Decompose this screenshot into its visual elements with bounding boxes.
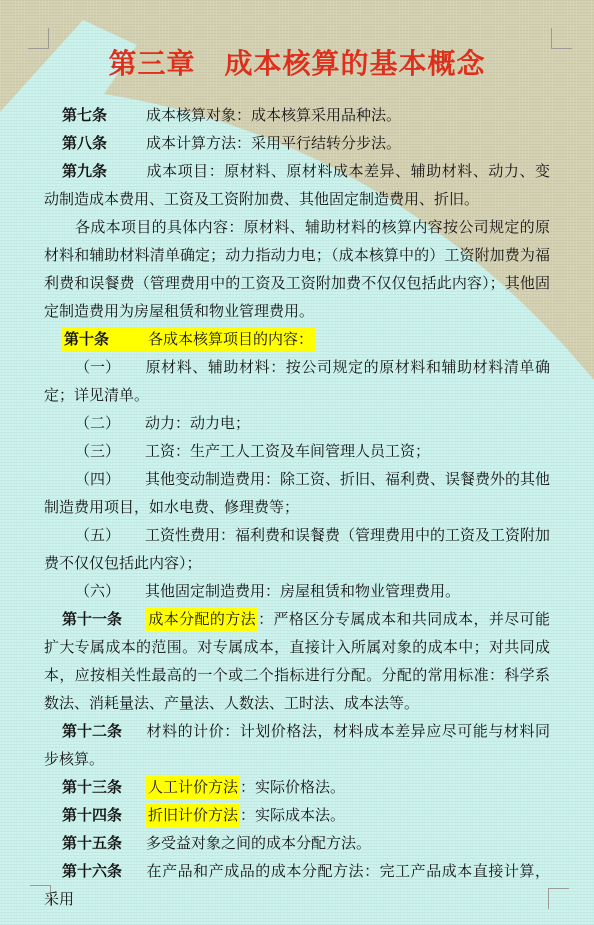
paragraph: （一）原材料、辅助材料：按公司规定的原材料和辅助材料清单确定；详见清单。: [44, 354, 550, 410]
document-page: 第三章 成本核算的基本概念 第七条成本核算对象：成本核算采用品种法。第八条成本计…: [0, 0, 594, 925]
paragraph: （五）工资性费用：福利费和误餐费（管理费用中的工资及工资附加费不仅仅包括此内容）…: [44, 522, 550, 578]
highlighted-term: 折旧计价方法: [146, 804, 240, 827]
paragraph: 第十四条折旧计价方法：实际成本法。: [44, 802, 550, 830]
paragraph-text: 成本核算对象：成本核算采用品种法。: [146, 107, 401, 124]
paragraph: 第十三条人工计价方法：实际价格法。: [44, 774, 550, 802]
paragraph: 第八条成本计算方法：采用平行结转分步法。: [44, 130, 550, 158]
clause-label: （二）: [75, 410, 145, 438]
paragraph-text: 成本计算方法：采用平行结转分步法。: [146, 135, 401, 152]
paragraph: 第十五条多受益对象之间的成本分配方法。: [44, 830, 550, 858]
chapter-title: 第三章 成本核算的基本概念: [44, 48, 550, 82]
clause-label: （四）: [75, 466, 145, 494]
clause-label: 第十条: [64, 326, 148, 354]
paragraph-text: 多受益对象之间的成本分配方法。: [146, 835, 371, 852]
clause-label: 第十一条: [62, 606, 146, 634]
crop-mark-top-right: [551, 28, 572, 49]
clause-label: （三）: [75, 438, 145, 466]
paragraph: （六）其他固定制造费用：房屋租赁和物业管理费用。: [44, 578, 550, 606]
paragraph-text: 工资：生产工人工资及车间管理人员工资；: [145, 443, 430, 460]
clause-label: 第十三条: [62, 774, 146, 802]
clause-label: （一）: [75, 354, 145, 382]
paragraph: 第九条成本项目：原材料、原材料成本差异、辅助材料、动力、变动制造成本费用、工资及…: [44, 158, 550, 214]
clause-label: 第十六条: [62, 858, 146, 886]
paragraph: （二）动力：动力电；: [44, 410, 550, 438]
paragraph: 第七条成本核算对象：成本核算采用品种法。: [44, 102, 550, 130]
clause-label: 第十二条: [62, 718, 146, 746]
page-content: 第三章 成本核算的基本概念 第七条成本核算对象：成本核算采用品种法。第八条成本计…: [44, 44, 550, 914]
paragraph-text: 其他固定制造费用：房屋租赁和物业管理费用。: [145, 583, 460, 600]
clause-label: 第九条: [62, 158, 146, 186]
crop-mark-bottom-right: [548, 888, 569, 909]
paragraphs: 第七条成本核算对象：成本核算采用品种法。第八条成本计算方法：采用平行结转分步法。…: [44, 102, 550, 914]
paragraph: （三）工资：生产工人工资及车间管理人员工资；: [44, 438, 550, 466]
paragraph-text: ：实际价格法。: [240, 779, 345, 796]
paragraph: 第十条各成本核算项目的内容：: [44, 326, 550, 354]
clause-label: 第七条: [62, 102, 146, 130]
paragraph-text: 各成本项目的具体内容：原材料、辅助材料的核算内容按公司规定的原材料和辅助材料清单…: [44, 219, 550, 320]
clause-label: 第八条: [62, 130, 146, 158]
paragraph: 第十六条在产品和产成品的成本分配方法：完工产品成本直接计算，采用: [44, 858, 550, 914]
paragraph-text: ：实际成本法。: [240, 807, 345, 824]
paragraph-text: 动力：动力电；: [145, 415, 250, 432]
clause-label: （五）: [75, 522, 145, 550]
paragraph: 第十二条材料的计价：计划价格法，材料成本差异应尽可能与材料同步核算。: [44, 718, 550, 774]
paragraph: 各成本项目的具体内容：原材料、辅助材料的核算内容按公司规定的原材料和辅助材料清单…: [44, 214, 550, 326]
paragraph: 第十一条成本分配的方法：严格区分专属成本和共同成本，并尽可能扩大专属成本的范围。…: [44, 606, 550, 718]
clause-label: 第十五条: [62, 830, 146, 858]
clause-label: （六）: [75, 578, 145, 606]
clause-label: 第十四条: [62, 802, 146, 830]
paragraph: （四）其他变动制造费用：除工资、折旧、福利费、误餐费外的其他制造费用项目，如水电…: [44, 466, 550, 522]
highlighted-line: 第十条各成本核算项目的内容：: [62, 328, 315, 351]
paragraph-text: 各成本核算项目的内容：: [148, 331, 313, 348]
highlighted-term: 成本分配的方法: [146, 608, 258, 631]
highlighted-term: 人工计价方法: [146, 776, 240, 799]
